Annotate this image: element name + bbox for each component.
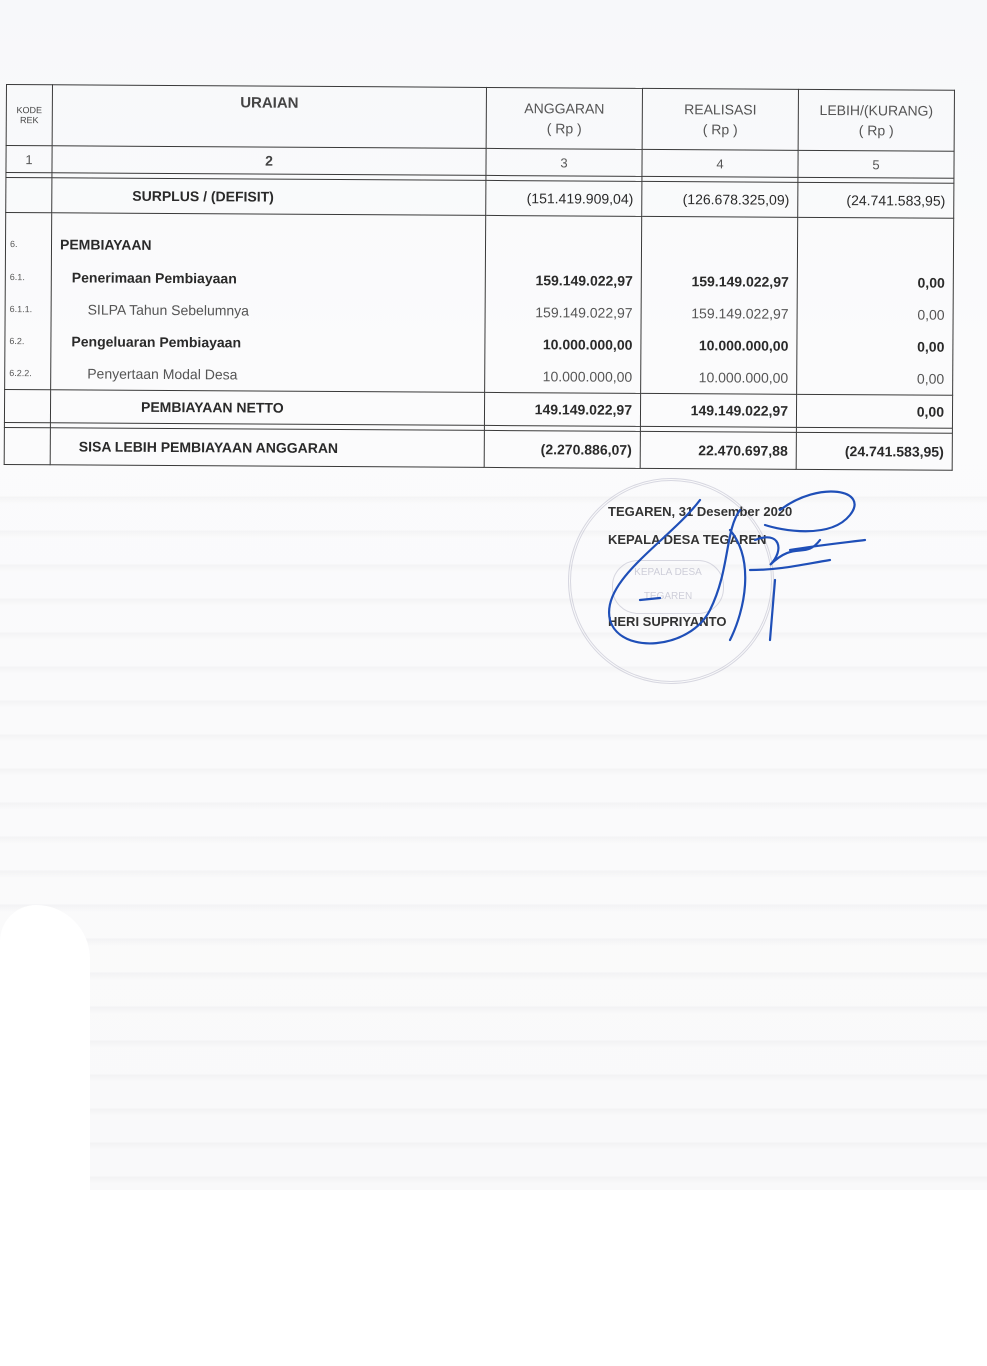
surplus-lebih-kurang: (24.741.583,95) — [798, 182, 954, 218]
surplus-row: SURPLUS / (DEFISIT) (151.419.909,04) (12… — [6, 178, 954, 219]
anggaran-silpa: 159.149.022,97 — [494, 296, 633, 329]
column-number-4: 4 — [642, 149, 798, 177]
lebih-kurang-column: 0,00 0,00 0,00 0,00 — [797, 217, 954, 395]
header-realisasi-label: REALISASI — [651, 99, 790, 120]
handwritten-signature — [580, 470, 880, 660]
uraian-pembiayaan: PEMBIAYAAN — [60, 227, 477, 264]
realisasi-penyertaan: 10.000.000,00 — [649, 361, 788, 394]
sisa-anggaran: (2.270.886,07) — [484, 430, 640, 468]
surplus-label: SURPLUS / (DEFISIT) — [52, 178, 486, 216]
lebih-kurang-silpa: 0,00 — [806, 298, 945, 331]
header-lebih-kurang: LEBIH/(KURANG) ( Rp ) — [798, 89, 954, 151]
lebih-kurang-pengeluaran: 0,00 — [805, 330, 944, 363]
header-kode-rek: KODE REK — [6, 85, 52, 146]
anggaran-penerimaan: 159.149.022,97 — [494, 264, 633, 297]
anggaran-penyertaan: 10.000.000,00 — [493, 360, 632, 393]
redaction-blot — [0, 905, 90, 1190]
header-realisasi-unit: ( Rp ) — [651, 119, 790, 140]
column-number-2: 2 — [52, 146, 486, 176]
header-lebih-kurang-label: LEBIH/(KURANG) — [807, 100, 946, 121]
lebih-kurang-penerimaan: 0,00 — [806, 266, 945, 299]
realisasi-silpa: 159.149.022,97 — [650, 297, 789, 330]
header-row: KODE REK URAIAN ANGGARAN ( Rp ) REALISAS… — [6, 85, 954, 152]
realisasi-pengeluaran: 10.000.000,00 — [649, 329, 788, 362]
kode-6-1-1: 6.1.1. — [10, 293, 43, 325]
netto-lebih-kurang: 0,00 — [796, 394, 952, 428]
realisasi-penerimaan: 159.149.022,97 — [650, 265, 789, 298]
column-number-1: 1 — [6, 146, 52, 173]
sisa-realisasi: 22.470.697,88 — [640, 431, 796, 469]
header-anggaran-label: ANGGARAN — [495, 98, 634, 119]
anggaran-pengeluaran: 10.000.000,00 — [493, 328, 632, 361]
header-uraian: URAIAN — [52, 85, 486, 149]
financing-table: KODE REK URAIAN ANGGARAN ( Rp ) REALISAS… — [4, 84, 954, 471]
column-number-5: 5 — [798, 150, 954, 178]
financing-body-row: 6. 6.1. 6.1.1. 6.2. 6.2.2. PEMBIAYAAN Pe… — [5, 213, 954, 396]
kode-6-1: 6.1. — [10, 261, 43, 293]
sisa-row: SISA LEBIH PEMBIAYAAN ANGGARAN (2.270.88… — [4, 427, 952, 470]
sisa-label: SISA LEBIH PEMBIAYAAN ANGGARAN — [50, 428, 484, 468]
uraian-silpa: SILPA Tahun Sebelumnya — [60, 293, 477, 328]
anggaran-column: 159.149.022,97 159.149.022,97 10.000.000… — [485, 215, 642, 393]
surplus-anggaran: (151.419.909,04) — [486, 180, 642, 216]
surplus-realisasi: (126.678.325,09) — [642, 181, 798, 217]
kode-column: 6. 6.1. 6.1.1. 6.2. 6.2.2. — [5, 213, 52, 390]
uraian-column: PEMBIAYAAN Penerimaan Pembiayaan SILPA T… — [51, 213, 486, 393]
kode-6: 6. — [10, 227, 43, 261]
header-anggaran-unit: ( Rp ) — [495, 118, 634, 139]
kode-6-2: 6.2. — [9, 325, 42, 357]
lebih-kurang-penyertaan: 0,00 — [805, 362, 944, 395]
netto-anggaran: 149.149.022,97 — [484, 392, 640, 426]
column-number-3: 3 — [486, 148, 642, 176]
kode-6-2-2: 6.2.2. — [9, 357, 42, 389]
sisa-lebih-kurang: (24.741.583,95) — [796, 432, 952, 470]
header-realisasi: REALISASI ( Rp ) — [642, 88, 798, 150]
netto-realisasi: 149.149.022,97 — [640, 393, 796, 427]
header-anggaran: ANGGARAN ( Rp ) — [486, 87, 642, 149]
realisasi-column: 159.149.022,97 159.149.022,97 10.000.000… — [641, 216, 798, 394]
netto-label: PEMBIAYAAN NETTO — [50, 390, 484, 426]
uraian-penerimaan-pembiayaan: Penerimaan Pembiayaan — [60, 261, 477, 296]
header-lebih-kurang-unit: ( Rp ) — [807, 120, 946, 141]
uraian-penyertaan-modal: Penyertaan Modal Desa — [59, 357, 476, 392]
uraian-pengeluaran-pembiayaan: Pengeluaran Pembiayaan — [59, 325, 476, 360]
